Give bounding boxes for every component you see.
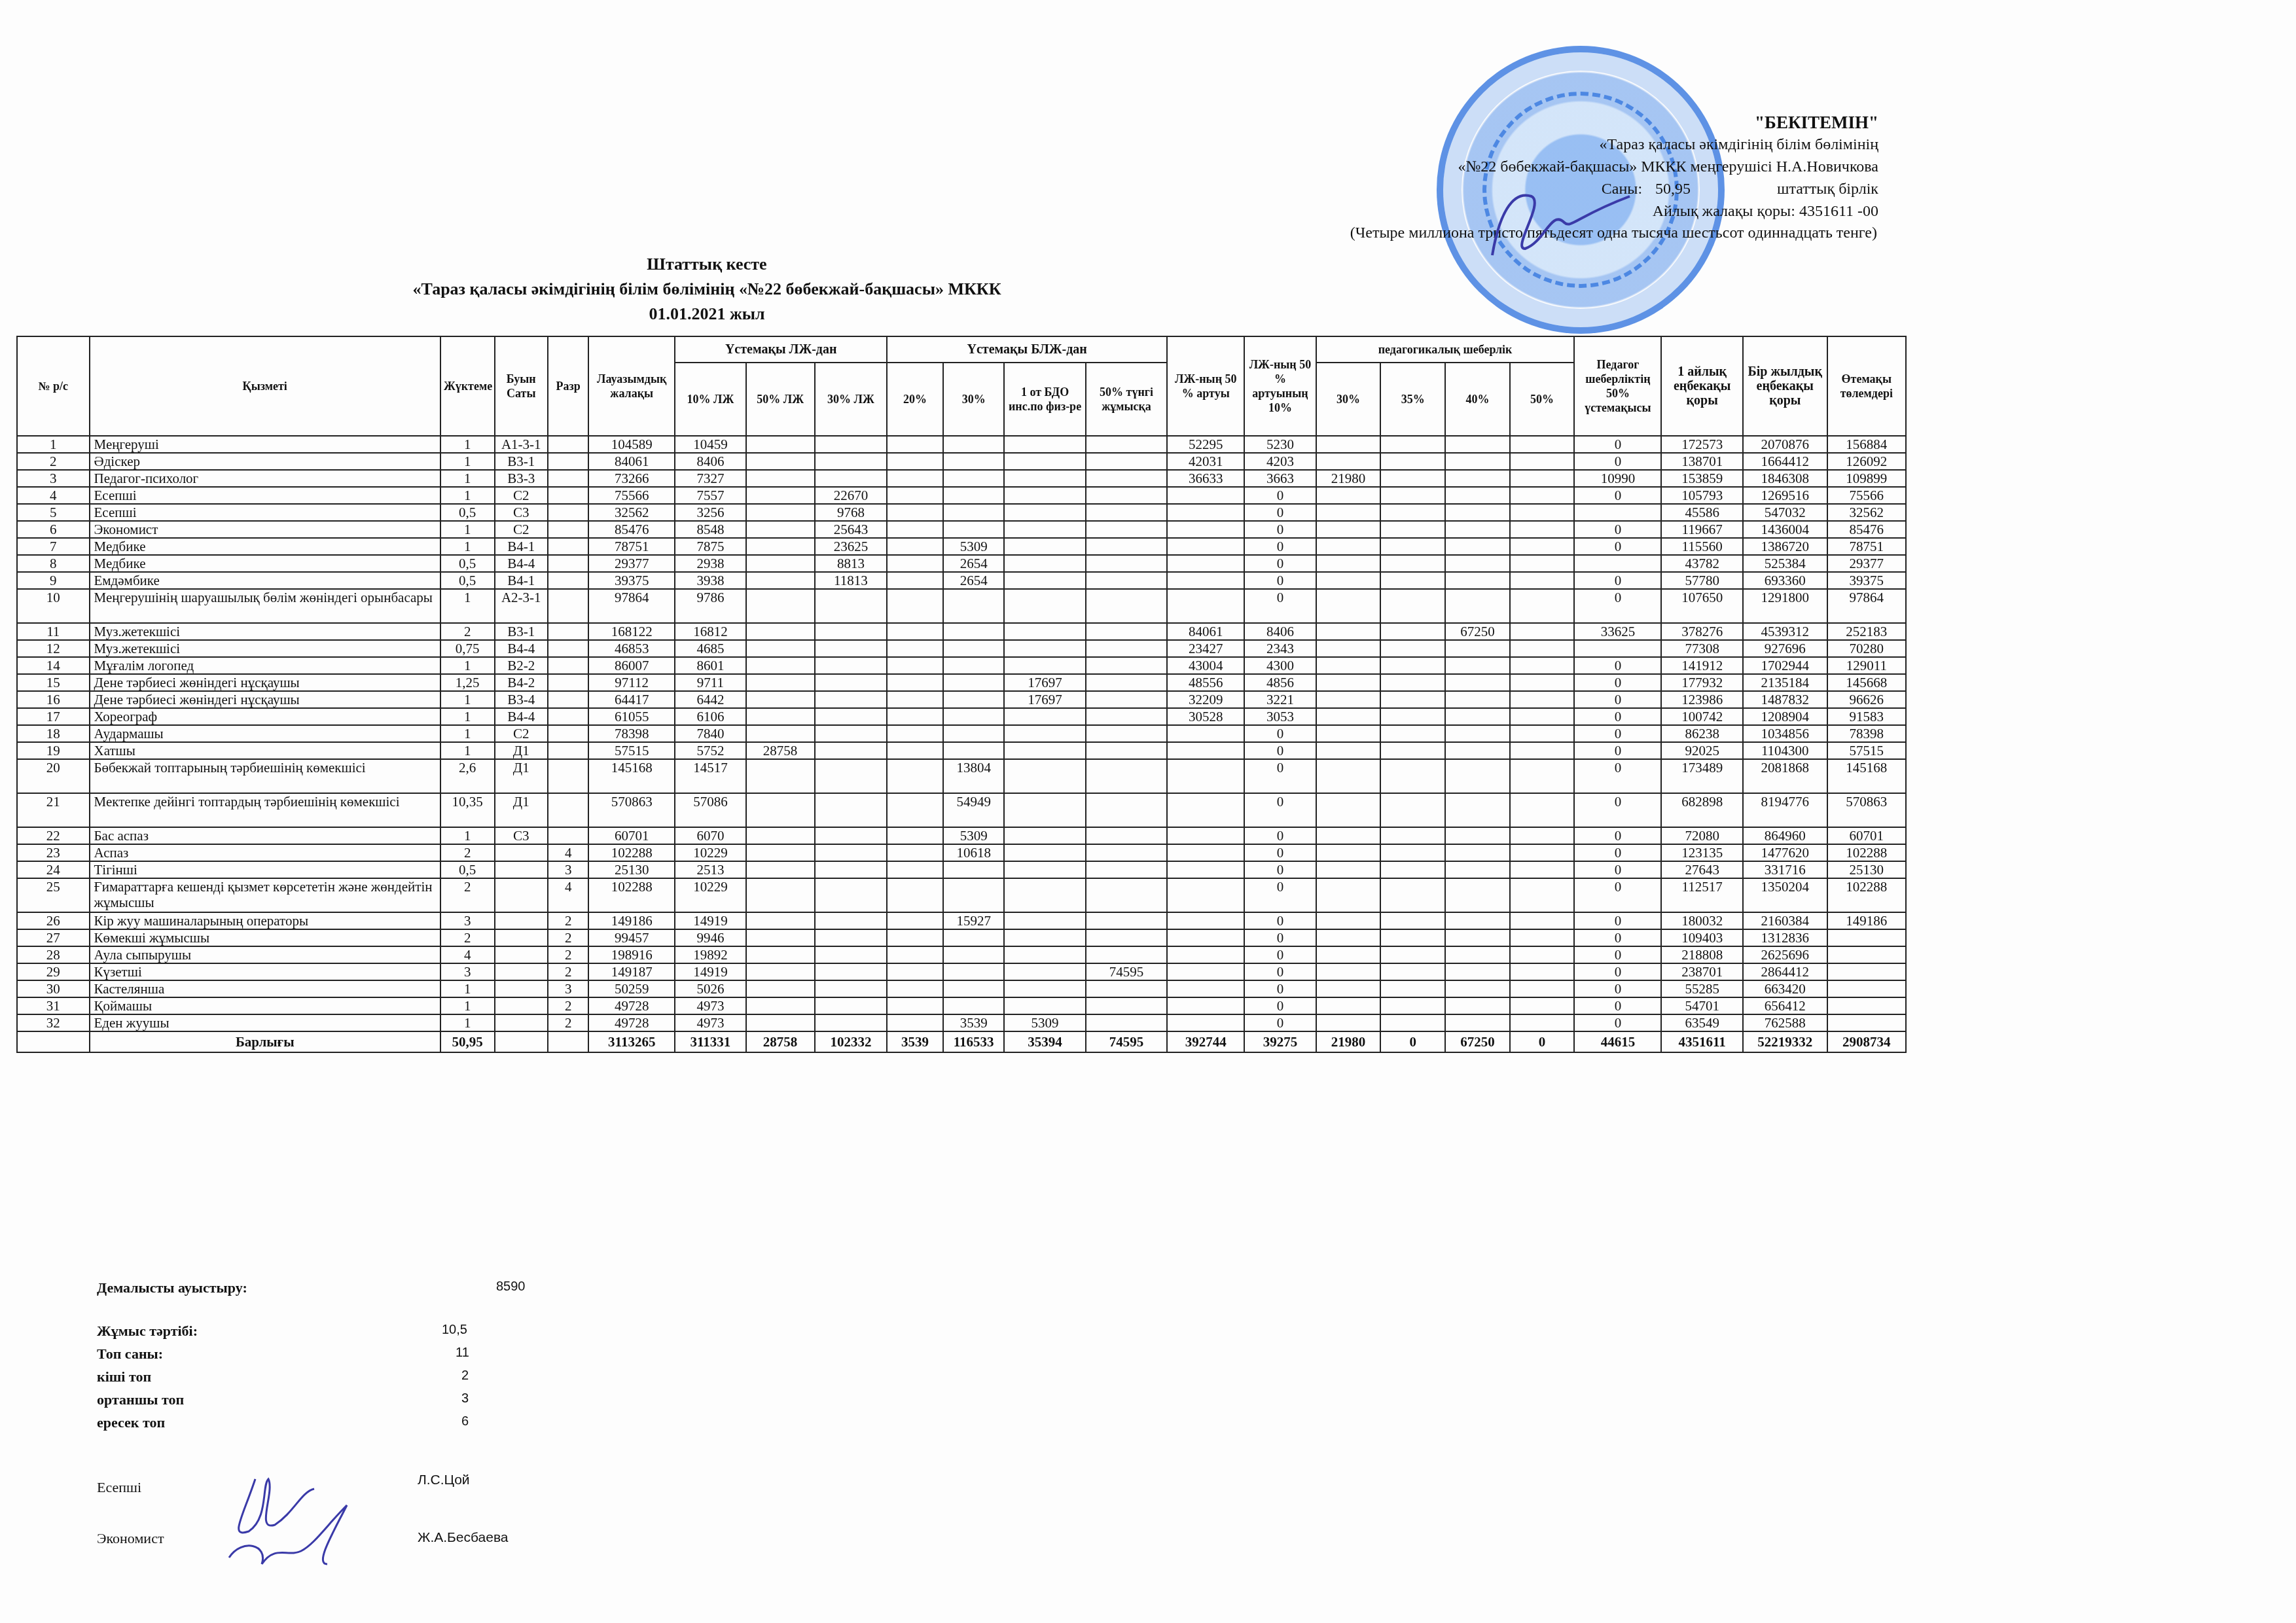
table-cell [887, 589, 943, 623]
table-cell: В4-4 [495, 640, 548, 657]
table-cell [1316, 946, 1381, 963]
table-cell [746, 691, 815, 708]
table-row: 31Қоймашы124972849730054701656412 [17, 997, 1906, 1014]
table-cell [887, 623, 943, 640]
table-cell: 54701 [1661, 997, 1742, 1014]
table-cell: 0 [1574, 436, 1661, 453]
table-cell: В4-1 [495, 538, 548, 555]
table-cell: 1846308 [1743, 470, 1827, 487]
row-position: Есепші [90, 487, 440, 504]
table-cell [746, 589, 815, 623]
table-cell [943, 589, 1004, 623]
table-cell: 72080 [1661, 827, 1742, 844]
row-number: 30 [17, 980, 90, 997]
table-cell [1380, 555, 1445, 572]
row-position: Муз.жетекшісі [90, 640, 440, 657]
row-number: 8 [17, 555, 90, 572]
row-number: 17 [17, 708, 90, 725]
table-cell [1380, 912, 1445, 929]
table-row: 19Хатшы1Д1575155752287580092025110430057… [17, 742, 1906, 759]
table-cell: 762588 [1743, 1014, 1827, 1031]
row-number: 9 [17, 572, 90, 589]
table-cell: С3 [495, 827, 548, 844]
table-cell [887, 640, 943, 657]
table-cell: 2654 [943, 555, 1004, 572]
row-number: 29 [17, 963, 90, 980]
table-cell [1445, 725, 1510, 742]
table-cell [548, 827, 588, 844]
row-number: 21 [17, 793, 90, 827]
table-cell [1004, 929, 1085, 946]
table-cell [815, 844, 888, 861]
table-cell [1445, 759, 1510, 793]
table-cell [548, 589, 588, 623]
table-cell [815, 691, 888, 708]
table-cell [1086, 487, 1167, 504]
table-cell: 5309 [1004, 1014, 1085, 1031]
total-cell: 74595 [1086, 1031, 1167, 1052]
table-cell: 2 [548, 946, 588, 963]
document-title: Штаттық кесте [0, 252, 1414, 277]
row-number: 25 [17, 878, 90, 912]
table-cell [1086, 980, 1167, 997]
table-cell: 9711 [675, 674, 745, 691]
total-cell: 3539 [887, 1031, 943, 1052]
row-position: Меңгеруші [90, 436, 440, 453]
table-cell: 9768 [815, 504, 888, 521]
table-cell: 156884 [1827, 436, 1906, 453]
row-number: 27 [17, 929, 90, 946]
table-cell [1380, 725, 1445, 742]
table-row: 7Медбике1В4-1787517875236255309001155601… [17, 538, 1906, 555]
table-cell [815, 1014, 888, 1031]
header-group-lzh: Үстемақы ЛЖ-дан [675, 336, 887, 363]
table-cell: 123986 [1661, 691, 1742, 708]
total-cell: 44615 [1574, 1031, 1661, 1052]
table-cell [1380, 470, 1445, 487]
row-number: 15 [17, 674, 90, 691]
header-p30: 30% [1316, 363, 1381, 436]
table-cell [548, 759, 588, 793]
row-position: Аспаз [90, 844, 440, 861]
header-num: № р/с [17, 336, 90, 436]
table-cell [1167, 946, 1244, 963]
table-cell [1380, 980, 1445, 997]
header-salary: Лауазымдық жалақы [588, 336, 675, 436]
row-number: 3 [17, 470, 90, 487]
table-cell [1316, 504, 1381, 521]
table-cell [1086, 844, 1167, 861]
table-cell [1445, 827, 1510, 844]
row-position: Бөбекжай топтарының тәрбиешінің көмекшіс… [90, 759, 440, 793]
table-cell: 2 [440, 623, 495, 640]
table-cell: 570863 [588, 793, 675, 827]
table-cell [1380, 691, 1445, 708]
table-cell [548, 538, 588, 555]
table-cell: 0 [1574, 963, 1661, 980]
table-cell: 1 [440, 691, 495, 708]
table-cell [1086, 521, 1167, 538]
table-cell [1086, 725, 1167, 742]
economist-name: Ж.А.Бесбаева [418, 1530, 509, 1546]
table-cell: 33625 [1574, 623, 1661, 640]
table-cell: 1 [440, 487, 495, 504]
table-cell [1086, 946, 1167, 963]
table-cell [548, 793, 588, 827]
table-cell: 153859 [1661, 470, 1742, 487]
total-cell: 0 [1510, 1031, 1575, 1052]
total-cell: 311331 [675, 1031, 745, 1052]
table-row: 32Еден жуушы1249728497335395309006354976… [17, 1014, 1906, 1031]
table-cell [1380, 487, 1445, 504]
table-cell: 2654 [943, 572, 1004, 589]
table-cell: 378276 [1661, 623, 1742, 640]
table-cell: 4973 [675, 997, 745, 1014]
table-cell: 57515 [1827, 742, 1906, 759]
table-cell: 6070 [675, 827, 745, 844]
table-cell: С3 [495, 504, 548, 521]
table-cell [943, 657, 1004, 674]
table-cell [1445, 657, 1510, 674]
table-cell [943, 640, 1004, 657]
table-cell: 5026 [675, 980, 745, 997]
table-cell: 2070876 [1743, 436, 1827, 453]
table-cell [887, 980, 943, 997]
table-cell: 17697 [1004, 691, 1085, 708]
rest-value: 8590 [496, 1279, 526, 1294]
table-cell [1445, 504, 1510, 521]
table-cell: 0 [1574, 997, 1661, 1014]
table-cell [1510, 912, 1575, 929]
header-grade: Буын Саты [495, 336, 548, 436]
table-row: 16Дене тәрбиесі жөніндегі нұсқаушы1В3-46… [17, 691, 1906, 708]
table-cell: 43004 [1167, 657, 1244, 674]
table-cell: 29377 [588, 555, 675, 572]
table-cell: 4856 [1244, 674, 1316, 691]
table-cell [1380, 623, 1445, 640]
table-cell: Д1 [495, 742, 548, 759]
table-cell [943, 623, 1004, 640]
table-cell: 23625 [815, 538, 888, 555]
table-cell [1167, 521, 1244, 538]
table-cell [815, 657, 888, 674]
table-cell: 60701 [588, 827, 675, 844]
row-position: Қоймашы [90, 997, 440, 1014]
table-cell [1445, 555, 1510, 572]
table-cell [1574, 555, 1661, 572]
header-yearly: Бір жылдық еңбекақы қоры [1743, 336, 1827, 436]
table-cell: 21980 [1316, 470, 1381, 487]
table-cell [746, 759, 815, 793]
table-cell [1086, 538, 1167, 555]
table-cell: 0 [1244, 844, 1316, 861]
table-cell: 25643 [815, 521, 888, 538]
table-cell [1167, 742, 1244, 759]
table-cell: 102288 [1827, 878, 1906, 912]
table-cell: 11813 [815, 572, 888, 589]
table-cell [746, 1014, 815, 1031]
groups-value: 11 [456, 1346, 469, 1361]
table-cell [746, 453, 815, 470]
row-number: 6 [17, 521, 90, 538]
table-cell [943, 963, 1004, 980]
table-cell: 149186 [1827, 912, 1906, 929]
table-cell [1167, 878, 1244, 912]
row-position: Дене тәрбиесі жөніндегі нұсқаушы [90, 691, 440, 708]
table-cell [1086, 691, 1167, 708]
table-cell [815, 623, 888, 640]
table-cell: 13804 [943, 759, 1004, 793]
table-cell: 172573 [1661, 436, 1742, 453]
table-cell [1086, 589, 1167, 623]
table-cell [1004, 487, 1085, 504]
table-cell [1316, 521, 1381, 538]
table-cell: 45586 [1661, 504, 1742, 521]
table-cell: 2 [548, 963, 588, 980]
table-cell [746, 504, 815, 521]
table-cell [815, 742, 888, 759]
table-cell [1316, 844, 1381, 861]
table-cell: 102288 [588, 878, 675, 912]
table-cell [1445, 844, 1510, 861]
table-cell [746, 470, 815, 487]
table-cell [1004, 589, 1085, 623]
table-cell: 97112 [588, 674, 675, 691]
table-row: 9Емдәмбике0,5В4-139375393811813265400577… [17, 572, 1906, 589]
table-cell [1167, 589, 1244, 623]
table-cell [1510, 572, 1575, 589]
table-cell [815, 929, 888, 946]
table-cell [1316, 453, 1381, 470]
table-cell: 1702944 [1743, 657, 1827, 674]
table-cell [1004, 946, 1085, 963]
row-position: Экономист [90, 521, 440, 538]
table-cell: В4-4 [495, 555, 548, 572]
table-cell: 1 [440, 538, 495, 555]
table-cell [746, 555, 815, 572]
table-cell: 7327 [675, 470, 745, 487]
table-cell [815, 997, 888, 1014]
table-cell: 1487832 [1743, 691, 1827, 708]
table-cell: В3-1 [495, 453, 548, 470]
table-cell [1316, 725, 1381, 742]
table-cell: 0 [1574, 861, 1661, 878]
table-cell [548, 742, 588, 759]
table-cell: 8194776 [1743, 793, 1827, 827]
table-cell [746, 623, 815, 640]
table-cell: 0,5 [440, 572, 495, 589]
table-cell: 48556 [1167, 674, 1244, 691]
table-cell: 30528 [1167, 708, 1244, 725]
table-cell [1316, 963, 1381, 980]
table-cell: 149187 [588, 963, 675, 980]
table-cell: С2 [495, 725, 548, 742]
table-cell [1510, 946, 1575, 963]
table-cell: 10,35 [440, 793, 495, 827]
table-cell [887, 708, 943, 725]
table-cell [1004, 827, 1085, 844]
table-cell: В3-3 [495, 470, 548, 487]
accountant-signature [216, 1466, 386, 1577]
table-cell [1380, 1014, 1445, 1031]
staff-table-body: 1Меңгеруші1А1-3-110458910459522955230017… [17, 436, 1906, 1052]
table-cell [1380, 538, 1445, 555]
table-cell [887, 827, 943, 844]
row-number: 31 [17, 997, 90, 1014]
table-cell: 55285 [1661, 980, 1742, 997]
row-number: 22 [17, 827, 90, 844]
table-cell [815, 793, 888, 827]
accountant-role: Есепші [97, 1479, 141, 1496]
table-cell: 3053 [1244, 708, 1316, 725]
table-cell [887, 674, 943, 691]
table-cell: 0 [1574, 487, 1661, 504]
table-row: 21Мектепке дейінгі топтардың тәрбиешінің… [17, 793, 1906, 827]
table-cell [495, 980, 548, 997]
table-cell [548, 725, 588, 742]
table-cell: 0 [1244, 521, 1316, 538]
table-cell [1316, 487, 1381, 504]
table-cell [887, 946, 943, 963]
table-cell: 4300 [1244, 657, 1316, 674]
table-cell [1086, 759, 1167, 793]
table-cell: 105793 [1661, 487, 1742, 504]
table-cell: 32562 [1827, 504, 1906, 521]
table-cell: 2513 [675, 861, 745, 878]
total-cell: 4351611 [1661, 1031, 1742, 1052]
table-cell [943, 929, 1004, 946]
table-cell: 17697 [1004, 674, 1085, 691]
table-cell [1167, 997, 1244, 1014]
table-cell: 107650 [1661, 589, 1742, 623]
table-cell [815, 470, 888, 487]
table-cell [1004, 980, 1085, 997]
table-cell: 119667 [1661, 521, 1742, 538]
table-cell [1004, 504, 1085, 521]
row-number: 10 [17, 589, 90, 623]
table-cell [943, 878, 1004, 912]
table-cell [1510, 623, 1575, 640]
table-cell: 14919 [675, 963, 745, 980]
table-cell: 6106 [675, 708, 745, 725]
table-cell: 0 [1244, 861, 1316, 878]
header-b20: 20% [887, 363, 943, 436]
table-cell: 1269516 [1743, 487, 1827, 504]
table-cell: 57780 [1661, 572, 1742, 589]
table-cell: 0 [1574, 759, 1661, 793]
total-cell: 35394 [1004, 1031, 1085, 1052]
table-cell: 5309 [943, 538, 1004, 555]
table-cell: 129011 [1827, 657, 1906, 674]
table-cell [1510, 963, 1575, 980]
table-cell [1086, 997, 1167, 1014]
table-cell [746, 657, 815, 674]
table-cell [1316, 878, 1381, 912]
row-position: Кастелянша [90, 980, 440, 997]
table-cell: 0 [1574, 725, 1661, 742]
row-position: Бас аспаз [90, 827, 440, 844]
row-number: 4 [17, 487, 90, 504]
table-cell: 2 [548, 929, 588, 946]
row-position: Тігінші [90, 861, 440, 878]
table-row: 25Ғимараттарға кешенді қызмет көрсететін… [17, 878, 1906, 912]
row-position: Еден жуушы [90, 1014, 440, 1031]
table-cell: В4-1 [495, 572, 548, 589]
table-cell [548, 623, 588, 640]
table-cell: 61055 [588, 708, 675, 725]
table-cell: 1 [440, 742, 495, 759]
table-cell: 0 [1244, 555, 1316, 572]
table-cell [815, 980, 888, 997]
table-cell: 0 [1574, 980, 1661, 997]
row-number: 28 [17, 946, 90, 963]
table-cell: Д1 [495, 793, 548, 827]
table-cell: 693360 [1743, 572, 1827, 589]
table-cell: 2135184 [1743, 674, 1827, 691]
table-cell: 5752 [675, 742, 745, 759]
table-cell [548, 657, 588, 674]
table-cell [1574, 504, 1661, 521]
table-cell: В3-1 [495, 623, 548, 640]
table-cell [1380, 963, 1445, 980]
table-cell [1167, 912, 1244, 929]
table-cell [1445, 912, 1510, 929]
table-cell [1086, 640, 1167, 657]
table-cell [548, 555, 588, 572]
table-cell [1445, 861, 1510, 878]
table-cell [943, 674, 1004, 691]
table-cell: 0 [1574, 878, 1661, 912]
table-cell: 3 [440, 912, 495, 929]
table-cell [815, 861, 888, 878]
table-cell [1510, 487, 1575, 504]
total-cell [495, 1031, 548, 1052]
row-position: Аула сыпырушы [90, 946, 440, 963]
table-cell: 97864 [1827, 589, 1906, 623]
table-cell: 0 [1244, 997, 1316, 1014]
table-cell [1827, 946, 1906, 963]
table-cell: 0 [1574, 521, 1661, 538]
table-cell: 0 [1244, 742, 1316, 759]
table-cell [1510, 997, 1575, 1014]
table-cell [746, 878, 815, 912]
table-cell [1004, 555, 1085, 572]
table-cell [1004, 436, 1085, 453]
table-cell [815, 640, 888, 657]
row-number: 7 [17, 538, 90, 555]
table-cell: 8601 [675, 657, 745, 674]
table-cell [815, 589, 888, 623]
table-cell [1086, 708, 1167, 725]
table-cell [1445, 538, 1510, 555]
table-cell [746, 963, 815, 980]
table-cell [1004, 521, 1085, 538]
row-number: 11 [17, 623, 90, 640]
row-position: Дене тәрбиесі жөніндегі нұсқаушы [90, 674, 440, 691]
table-cell: 109403 [1661, 929, 1742, 946]
table-cell: 0 [1574, 538, 1661, 555]
table-cell: 100742 [1661, 708, 1742, 725]
table-cell [1316, 708, 1381, 725]
table-cell [1167, 827, 1244, 844]
table-cell [1445, 946, 1510, 963]
table-cell [1445, 691, 1510, 708]
table-cell: 2 [440, 844, 495, 861]
table-cell [1445, 980, 1510, 997]
table-cell [1316, 912, 1381, 929]
table-cell [1004, 470, 1085, 487]
table-cell [1380, 674, 1445, 691]
